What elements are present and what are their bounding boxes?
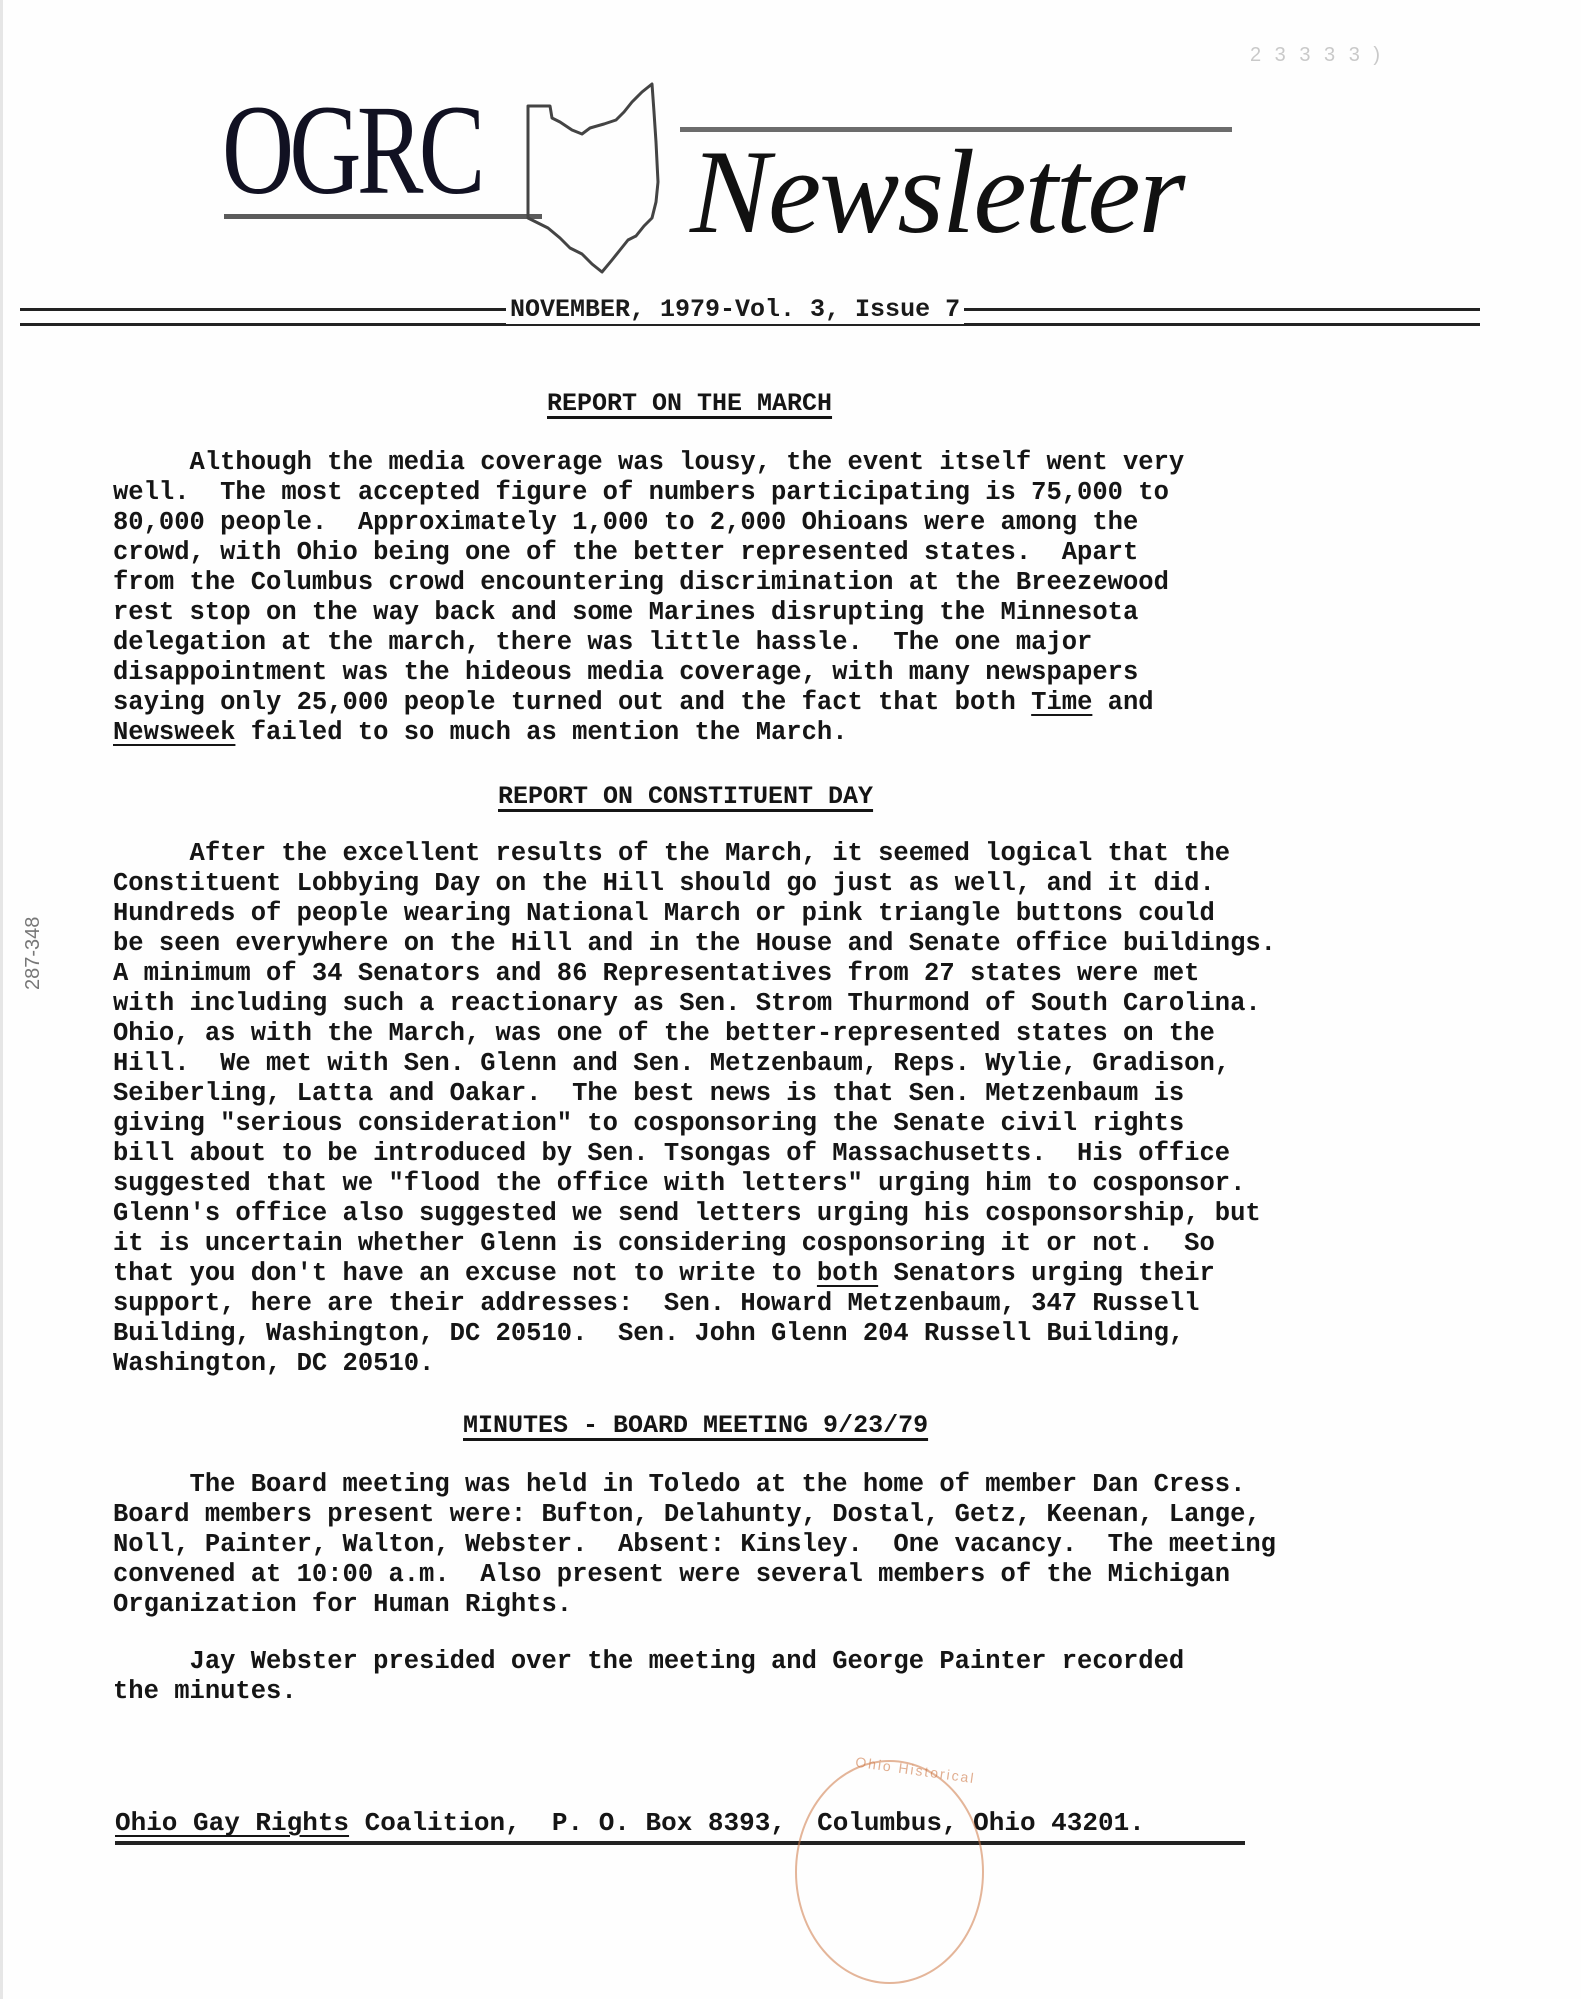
paragraph-constituent-text: After the excellent results of the March… (113, 839, 1276, 1288)
paragraph-march-connector: and (1092, 688, 1153, 717)
scan-edge (0, 0, 3, 1999)
publication-newsweek: Newsweek (113, 718, 235, 747)
footer-address: Ohio Gay Rights Coalition, P. O. Box 839… (115, 1808, 1145, 1838)
archive-stamp (795, 1760, 984, 1984)
logo-ogrc: OGRC (222, 86, 481, 214)
paragraph-march-end: failed to so much as mention the March. (235, 718, 847, 747)
publication-time: Time (1031, 688, 1092, 717)
paragraph-march-text: Although the media coverage was lousy, t… (113, 448, 1184, 717)
issue-date-line: NOVEMBER, 1979-Vol. 3, Issue 7 (506, 295, 964, 324)
emphasis-both: both (817, 1259, 878, 1288)
heading-board-minutes: MINUTES - BOARD MEETING 9/23/79 (463, 1411, 928, 1440)
newsletter-page: 2 3 3 3 3 ) OGRC Newsletter NOVEMBER, 19… (0, 0, 1581, 1999)
paragraph-march: Although the media coverage was lousy, t… (113, 448, 1184, 748)
paragraph-minutes-attendance: The Board meeting was held in Toledo at … (113, 1470, 1276, 1620)
heading-report-on-march: REPORT ON THE MARCH (547, 389, 832, 418)
footer-org-name: Ohio Gay Rights (115, 1808, 349, 1838)
paragraph-minutes-presiding: Jay Webster presided over the meeting an… (113, 1647, 1184, 1707)
logo-newsletter: Newsletter (690, 132, 1183, 252)
corner-pencil-note: 2 3 3 3 3 ) (1250, 44, 1384, 67)
margin-pencil-note: 287-348 (22, 917, 45, 990)
footer-rule (115, 1841, 1245, 1845)
paragraph-constituent-day: After the excellent results of the March… (113, 839, 1276, 1379)
heading-report-on-constituent-day: REPORT ON CONSTITUENT DAY (498, 782, 873, 811)
footer-address-rest: Coalition, P. O. Box 8393, Columbus, Ohi… (349, 1808, 1145, 1838)
ohio-map-icon (520, 82, 690, 282)
